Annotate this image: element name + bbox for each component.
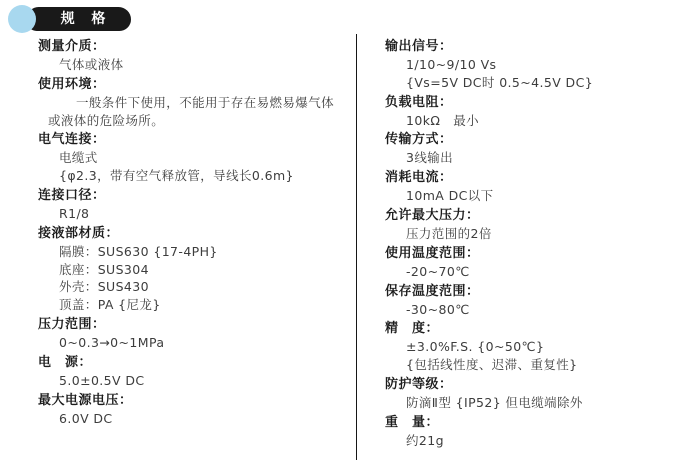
spec-item: 传输方式： 3线输出 <box>385 131 693 167</box>
spec-lines: 0~0.3→0~1MPa <box>38 334 346 352</box>
spec-value-line: {φ2.3，带有空气释放管，导线长0.6m} <box>38 167 346 185</box>
spec-item: 防护等级： 防滴Ⅱ型 {IP52} 但电缆端除外 <box>385 376 693 412</box>
spec-value-line: 底座：SUS304 <box>38 261 346 279</box>
spec-item: 消耗电流： 10mA DC以下 <box>385 169 693 205</box>
spec-value-line: 6.0V DC <box>38 410 346 428</box>
spec-value-line: 防滴Ⅱ型 {IP52} 但电缆端除外 <box>385 394 693 412</box>
spec-label: 防护等级： <box>385 376 693 394</box>
spec-item: 精 度： ±3.0%F.S. {0~50℃}{包括线性度、迟滞、重复性} <box>385 320 693 374</box>
section-header: 规 格 <box>0 0 700 36</box>
spec-value-line: 一般条件下使用，不能用于存在易燃易爆气体 <box>38 94 346 112</box>
spec-value-line: 1/10~9/10 Vs <box>385 56 693 74</box>
spec-item: 测量介质： 气体或液体 <box>38 38 346 74</box>
spec-item: 重 量： 约21g <box>385 414 693 450</box>
spec-column-right: 输出信号： 1/10~9/10 Vs{Vs=5V DC时 0.5~4.5V DC… <box>385 38 693 452</box>
spec-value-line: 约21g <box>385 432 693 450</box>
spec-label: 消耗电流： <box>385 169 693 187</box>
spec-label: 精 度： <box>385 320 693 338</box>
spec-label: 连接口径： <box>38 187 346 205</box>
spec-label: 电气连接： <box>38 131 346 149</box>
spec-value-line: 隔膜：SUS630 {17-4PH} <box>38 243 346 261</box>
spec-lines: R1/8 <box>38 205 346 223</box>
spec-item: 电 源： 5.0±0.5V DC <box>38 354 346 390</box>
column-divider <box>356 34 357 460</box>
spec-lines: 6.0V DC <box>38 410 346 428</box>
spec-label: 最大电源电压： <box>38 392 346 410</box>
spec-item: 使用环境： 一般条件下使用，不能用于存在易燃易爆气体或液体的危险场所。 <box>38 76 346 130</box>
spec-value-line: 气体或液体 <box>38 56 346 74</box>
spec-label: 输出信号： <box>385 38 693 56</box>
spec-lines: -20~70℃ <box>385 263 693 281</box>
spec-value-line: -20~70℃ <box>385 263 693 281</box>
spec-item: 压力范围： 0~0.3→0~1MPa <box>38 316 346 352</box>
spec-lines: 3线输出 <box>385 149 693 167</box>
spec-item: 输出信号： 1/10~9/10 Vs{Vs=5V DC时 0.5~4.5V DC… <box>385 38 693 92</box>
spec-label: 允许最大压力： <box>385 207 693 225</box>
spec-lines: 1/10~9/10 Vs{Vs=5V DC时 0.5~4.5V DC} <box>385 56 693 92</box>
spec-label: 传输方式： <box>385 131 693 149</box>
spec-item: 接液部材质： 隔膜：SUS630 {17-4PH}底座：SUS304外壳：SUS… <box>38 225 346 314</box>
spec-value-line: 3线输出 <box>385 149 693 167</box>
spec-value-line: {Vs=5V DC时 0.5~4.5V DC} <box>385 74 693 92</box>
spec-item: 负载电阻： 10kΩ 最小 <box>385 94 693 130</box>
spec-value-line: 10kΩ 最小 <box>385 112 693 130</box>
spec-label: 负载电阻： <box>385 94 693 112</box>
spec-label: 保存温度范围： <box>385 283 693 301</box>
spec-value-line: 压力范围的2倍 <box>385 225 693 243</box>
spec-value-line: 顶盖：PA {尼龙} <box>38 296 346 314</box>
spec-value-line: 外壳：SUS430 <box>38 278 346 296</box>
spec-item: 使用温度范围： -20~70℃ <box>385 245 693 281</box>
spec-value-line: 10mA DC以下 <box>385 187 693 205</box>
spec-lines: 防滴Ⅱ型 {IP52} 但电缆端除外 <box>385 394 693 412</box>
spec-value-line: 或液体的危险场所。 <box>38 112 346 130</box>
spec-label: 接液部材质： <box>38 225 346 243</box>
spec-item: 保存温度范围： -30~80℃ <box>385 283 693 319</box>
spec-value-line: 5.0±0.5V DC <box>38 372 346 390</box>
accent-circle-icon <box>8 5 36 33</box>
spec-item: 电气连接： 电缆式{φ2.3，带有空气释放管，导线长0.6m} <box>38 131 346 185</box>
spec-lines: 压力范围的2倍 <box>385 225 693 243</box>
spec-label: 重 量： <box>385 414 693 432</box>
spec-lines: 约21g <box>385 432 693 450</box>
spec-lines: 电缆式{φ2.3，带有空气释放管，导线长0.6m} <box>38 149 346 185</box>
spec-item: 连接口径： R1/8 <box>38 187 346 223</box>
spec-sheet-page: 规 格 测量介质： 气体或液体 使用环境： 一般条件下使用，不能用于存在易燃易爆… <box>0 0 700 472</box>
spec-value-line: -30~80℃ <box>385 301 693 319</box>
spec-lines: 一般条件下使用，不能用于存在易燃易爆气体或液体的危险场所。 <box>38 94 346 130</box>
spec-lines: 隔膜：SUS630 {17-4PH}底座：SUS304外壳：SUS430顶盖：P… <box>38 243 346 314</box>
spec-lines: -30~80℃ <box>385 301 693 319</box>
spec-item: 允许最大压力： 压力范围的2倍 <box>385 207 693 243</box>
spec-item: 最大电源电压： 6.0V DC <box>38 392 346 428</box>
spec-value-line: 电缆式 <box>38 149 346 167</box>
spec-lines: ±3.0%F.S. {0~50℃}{包括线性度、迟滞、重复性} <box>385 338 693 374</box>
spec-value-line: {包括线性度、迟滞、重复性} <box>385 356 693 374</box>
spec-column-left: 测量介质： 气体或液体 使用环境： 一般条件下使用，不能用于存在易燃易爆气体或液… <box>38 38 346 429</box>
spec-label: 电 源： <box>38 354 346 372</box>
spec-value-line: ±3.0%F.S. {0~50℃} <box>385 338 693 356</box>
spec-label: 使用环境： <box>38 76 346 94</box>
spec-label: 使用温度范围： <box>385 245 693 263</box>
spec-label: 压力范围： <box>38 316 346 334</box>
spec-lines: 10mA DC以下 <box>385 187 693 205</box>
spec-value-line: 0~0.3→0~1MPa <box>38 334 346 352</box>
section-title-badge: 规 格 <box>27 7 131 31</box>
spec-lines: 气体或液体 <box>38 56 346 74</box>
spec-label: 测量介质： <box>38 38 346 56</box>
spec-lines: 5.0±0.5V DC <box>38 372 346 390</box>
spec-lines: 10kΩ 最小 <box>385 112 693 130</box>
page-title: 规 格 <box>47 12 112 26</box>
spec-value-line: R1/8 <box>38 205 346 223</box>
